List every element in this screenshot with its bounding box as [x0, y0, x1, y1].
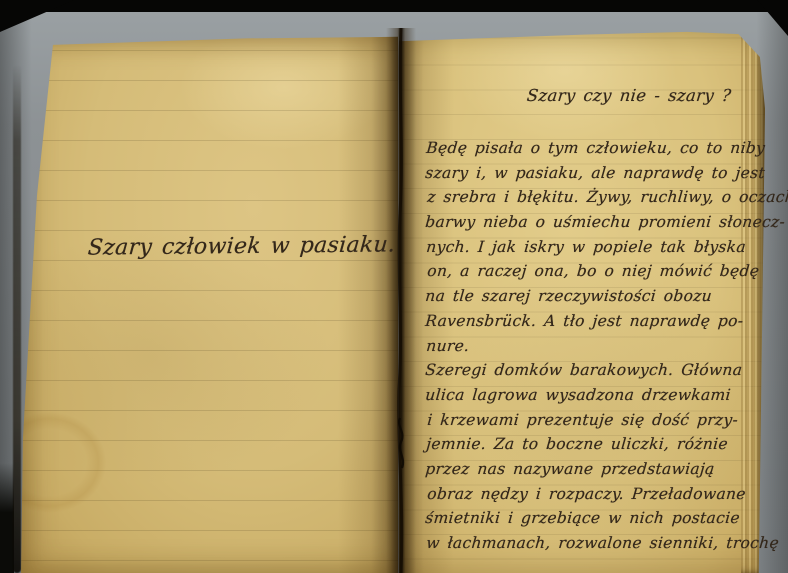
handwriting-line: obraz nędzy i rozpaczy. Przeładowane — [426, 485, 764, 510]
handwriting-line: Szeregi domków barakowych. Główna — [424, 361, 764, 386]
handwriting-line: przez nas nazywane przedstawiają — [424, 460, 764, 485]
handwriting-line: jemnie. Za to boczne uliczki, różnie — [425, 435, 764, 460]
handwriting-line: on, a raczej ona, bo o niej mówić będę — [426, 262, 764, 287]
scanned-notebook-photo: Szary człowiek w pasiaku. Szary czy nie … — [0, 0, 788, 573]
handwriting-line: szary i, w pasiaku, ale naprawdę to jest — [424, 164, 764, 189]
left-page — [18, 33, 398, 573]
right-page-title: Szary czy nie - szary ? — [526, 86, 732, 105]
handwriting-line: na tle szarej rzeczywistości obozu — [424, 287, 764, 312]
handwriting-line: Będę pisała o tym człowieku, co to niby — [425, 139, 764, 164]
left-page-title: Szary człowiek w pasiaku. — [87, 232, 396, 260]
handwriting-line: z srebra i błękitu. Żywy, ruchliwy, o oc… — [426, 188, 764, 213]
handwriting-line: Ravensbrück. A tło jest naprawdę po- — [424, 312, 764, 337]
photo-bottom-left-black-corner — [0, 463, 14, 573]
notebook-cover-edge — [13, 65, 21, 573]
handwriting-line: śmietniki i grzebiące w nich postacie — [424, 509, 764, 534]
right-page-body-text: Będę pisała o tym człowieku, co to niby … — [424, 139, 762, 559]
binding-gutter — [386, 28, 416, 573]
handwriting-line: i krzewami prezentuje się dość przy- — [426, 411, 764, 436]
handwriting-line: nure. — [425, 337, 764, 362]
handwriting-line: barwy nieba o uśmiechu promieni słonecz- — [424, 213, 764, 238]
photo-top-black-edge — [0, 0, 788, 12]
handwriting-line: nych. I jak iskry w popiele tak błyska — [425, 238, 764, 263]
handwriting-line: w łachmanach, rozwalone sienniki, trochę — [425, 534, 764, 559]
binding-thread — [386, 28, 416, 573]
handwriting-line: ulica lagrowa wysadzona drzewkami — [424, 386, 764, 411]
